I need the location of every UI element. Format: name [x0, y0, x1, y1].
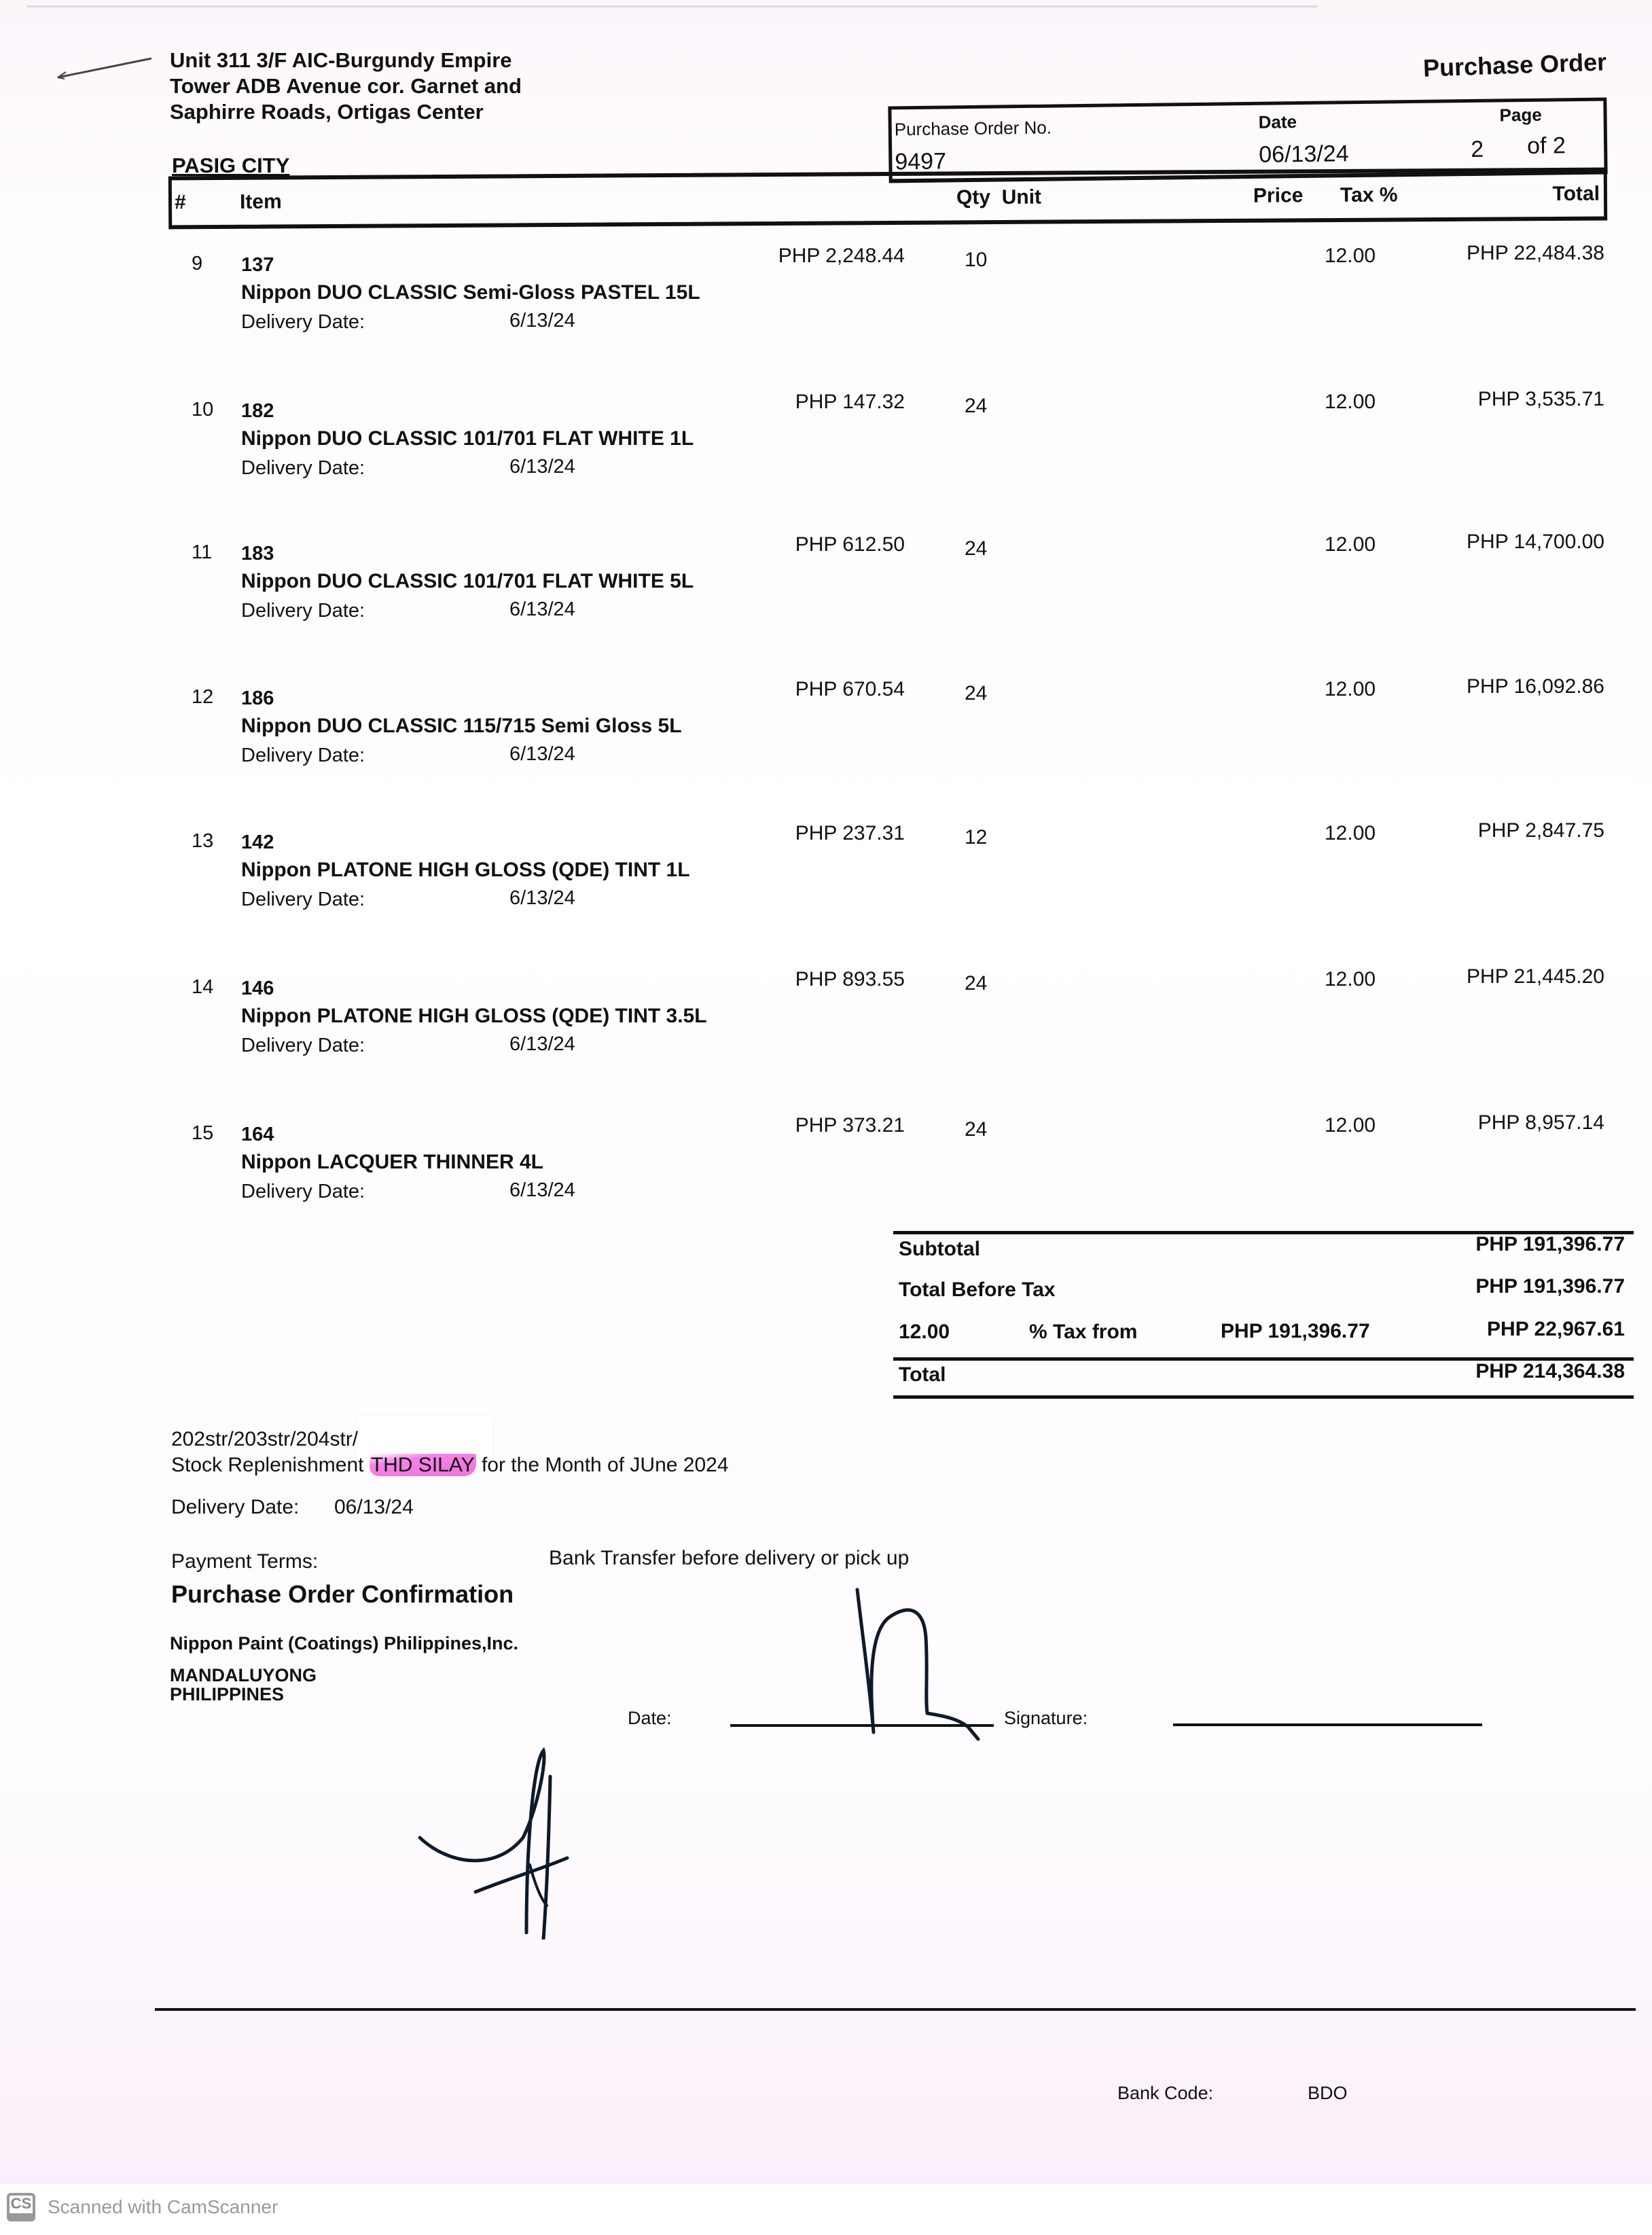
total-label: Total	[899, 1363, 946, 1387]
tax-base: PHP 191,396.77	[1221, 1320, 1370, 1343]
item-tax: 12.00	[1325, 391, 1376, 414]
signoff-signature-line[interactable]	[1173, 1723, 1482, 1726]
summary-bottom-rule	[893, 1395, 1634, 1399]
item-delivery-date: 6/13/24	[509, 743, 575, 766]
remarks-delivery-label: Delivery Date:	[171, 1496, 299, 1519]
item-price: PHP 237.31	[795, 822, 905, 845]
item-delivery-date: 6/13/24	[509, 887, 575, 910]
item-delivery-label: Delivery Date:	[241, 1035, 365, 1057]
item-price: PHP 893.55	[795, 968, 905, 991]
item-tax: 12.00	[1325, 968, 1376, 991]
pen-mark-icon	[51, 53, 153, 80]
correction-patch	[357, 1416, 492, 1457]
item-total: PHP 3,535.71	[1478, 388, 1604, 411]
item-price: PHP 2,248.44	[778, 245, 905, 268]
po-number-label: Purchase Order No.	[895, 118, 1052, 141]
item-total: PHP 16,092.86	[1467, 675, 1604, 698]
col-item: Item	[240, 190, 282, 213]
stock-suffix: for the Month of JUne 2024	[476, 1454, 729, 1476]
item-description: Nippon DUO CLASSIC 115/715 Semi Gloss 5L	[241, 715, 682, 738]
item-delivery-date: 6/13/24	[509, 1033, 575, 1056]
item-total: PHP 22,484.38	[1467, 242, 1604, 265]
vendor-address: Unit 311 3/F AIC-Burgundy Empire Tower A…	[170, 48, 522, 125]
item-qty: 24	[965, 1118, 987, 1141]
item-tax: 12.00	[1325, 1114, 1376, 1137]
item-number: 14	[192, 976, 213, 999]
item-qty: 10	[965, 249, 987, 272]
table-row: 10182Nippon DUO CLASSIC 101/701 FLAT WHI…	[0, 399, 1652, 535]
confirmation-title: Purchase Order Confirmation	[171, 1580, 514, 1609]
item-code: 146	[241, 978, 274, 1000]
item-tax: 12.00	[1325, 822, 1376, 845]
page-of: of 2	[1527, 132, 1566, 160]
item-delivery-date: 6/13/24	[509, 310, 575, 332]
date-label: Date	[1258, 111, 1297, 133]
item-tax: 12.00	[1325, 245, 1376, 268]
item-number: 10	[192, 399, 213, 421]
item-code: 183	[241, 543, 274, 565]
subtotal-value: PHP 191,396.77	[1475, 1233, 1625, 1256]
scan-edge-line	[27, 5, 1318, 7]
address-line-1: Unit 311 3/F AIC-Burgundy Empire	[170, 48, 522, 73]
reference-line: 202str/203str/204str/	[171, 1428, 358, 1451]
table-header: # Item Qty Unit Price Tax % Total	[168, 168, 1607, 230]
item-delivery-date: 6/13/24	[509, 456, 575, 478]
item-total: PHP 8,957.14	[1478, 1111, 1604, 1134]
item-qty: 24	[965, 972, 987, 995]
item-description: Nippon DUO CLASSIC 101/701 FLAT WHITE 5L	[241, 570, 694, 593]
tax-from-label: % Tax from	[1029, 1321, 1137, 1344]
item-code: 186	[241, 687, 274, 710]
camscanner-watermark: Scanned with CamScanner	[48, 2196, 278, 2218]
col-total: Total	[1552, 183, 1600, 206]
page-current: 2	[1471, 137, 1484, 163]
item-delivery-label: Delivery Date:	[241, 457, 365, 480]
item-price: PHP 147.32	[795, 391, 905, 414]
item-price: PHP 373.21	[795, 1114, 905, 1137]
item-code: 137	[241, 254, 274, 276]
table-row: 13142Nippon PLATONE HIGH GLOSS (QDE) TIN…	[0, 830, 1652, 966]
item-number: 9	[192, 253, 202, 275]
item-description: Nippon LACQUER THINNER 4L	[241, 1151, 543, 1174]
item-description: Nippon DUO CLASSIC 101/701 FLAT WHITE 1L	[241, 427, 694, 450]
table-row: 12186Nippon DUO CLASSIC 115/715 Semi Glo…	[0, 686, 1652, 822]
tax-amount: PHP 22,967.61	[1487, 1318, 1625, 1341]
total-value: PHP 214,364.38	[1475, 1360, 1625, 1383]
address-line-3: Saphirre Roads, Ortigas Center	[170, 99, 522, 125]
signoff-signature-label: Signature:	[1004, 1708, 1088, 1729]
before-tax-value: PHP 191,396.77	[1475, 1275, 1625, 1298]
supplier-city: MANDALUYONG	[170, 1666, 317, 1685]
item-qty: 24	[965, 395, 987, 418]
stock-replenishment-note: Stock Replenishment THD SILAY for the Mo…	[171, 1454, 729, 1477]
before-tax-label: Total Before Tax	[899, 1279, 1056, 1302]
item-code: 164	[241, 1124, 274, 1146]
item-description: Nippon DUO CLASSIC Semi-Gloss PASTEL 15L	[241, 281, 700, 304]
payment-terms-label: Payment Terms:	[171, 1550, 318, 1573]
item-code: 142	[241, 832, 274, 854]
item-delivery-label: Delivery Date:	[241, 600, 365, 622]
col-tax: Tax %	[1340, 183, 1398, 207]
remarks-delivery-date: 06/13/24	[334, 1496, 414, 1519]
bank-code-value: BDO	[1308, 2083, 1348, 2104]
item-delivery-date: 6/13/24	[509, 1179, 575, 1202]
col-qty-unit: Qty Unit	[956, 186, 1041, 210]
item-price: PHP 612.50	[795, 533, 905, 556]
table-row: 9137Nippon DUO CLASSIC Semi-Gloss PASTEL…	[0, 253, 1652, 389]
tax-rate: 12.00	[899, 1321, 950, 1344]
col-num: #	[175, 191, 186, 214]
supplier-country: PHILIPPINES	[170, 1685, 284, 1704]
bank-code-label: Bank Code:	[1117, 2083, 1213, 2104]
camscanner-logo-icon: CS	[7, 2193, 35, 2221]
subtotal-label: Subtotal	[899, 1238, 980, 1261]
item-price: PHP 670.54	[795, 678, 905, 701]
item-number: 12	[192, 686, 213, 709]
table-row: 11183Nippon DUO CLASSIC 101/701 FLAT WHI…	[0, 541, 1652, 677]
item-tax: 12.00	[1325, 678, 1376, 701]
table-row: 15164Nippon LACQUER THINNER 4LDelivery D…	[0, 1122, 1652, 1258]
table-row: 14146Nippon PLATONE HIGH GLOSS (QDE) TIN…	[0, 976, 1652, 1112]
vendor-city: PASIG CITY	[172, 154, 289, 178]
item-delivery-date: 6/13/24	[509, 598, 575, 621]
item-description: Nippon PLATONE HIGH GLOSS (QDE) TINT 1L	[241, 859, 690, 882]
address-line-2: Tower ADB Avenue cor. Garnet and	[170, 73, 522, 99]
item-number: 15	[192, 1122, 213, 1145]
supplier-name: Nippon Paint (Coatings) Philippines,Inc.	[170, 1633, 518, 1654]
bottom-rule	[155, 2008, 1636, 2011]
payment-terms-value: Bank Transfer before delivery or pick up	[549, 1547, 909, 1570]
handwritten-initials-icon	[408, 1736, 584, 1939]
item-delivery-label: Delivery Date:	[241, 745, 365, 767]
item-number: 13	[192, 830, 213, 853]
item-code: 182	[241, 400, 274, 423]
item-delivery-label: Delivery Date:	[241, 311, 365, 334]
item-qty: 12	[965, 826, 987, 849]
item-total: PHP 21,445.20	[1467, 965, 1604, 988]
item-delivery-label: Delivery Date:	[241, 889, 365, 911]
po-date: 06/13/24	[1259, 141, 1349, 168]
item-total: PHP 14,700.00	[1467, 531, 1604, 554]
item-total: PHP 2,847.75	[1478, 819, 1604, 842]
item-number: 11	[192, 541, 212, 564]
stock-prefix: Stock Replenishment	[171, 1454, 370, 1476]
col-price: Price	[1253, 184, 1304, 207]
item-qty: 24	[965, 682, 987, 705]
item-description: Nippon PLATONE HIGH GLOSS (QDE) TINT 3.5…	[241, 1005, 707, 1028]
item-delivery-label: Delivery Date:	[241, 1181, 365, 1203]
item-qty: 24	[965, 537, 987, 560]
handwritten-signature-icon	[842, 1569, 1005, 1746]
item-tax: 12.00	[1325, 533, 1376, 556]
signoff-date-label: Date:	[628, 1708, 672, 1729]
page-label: Page	[1499, 105, 1542, 126]
highlighted-branch: THD SILAY	[370, 1454, 476, 1476]
